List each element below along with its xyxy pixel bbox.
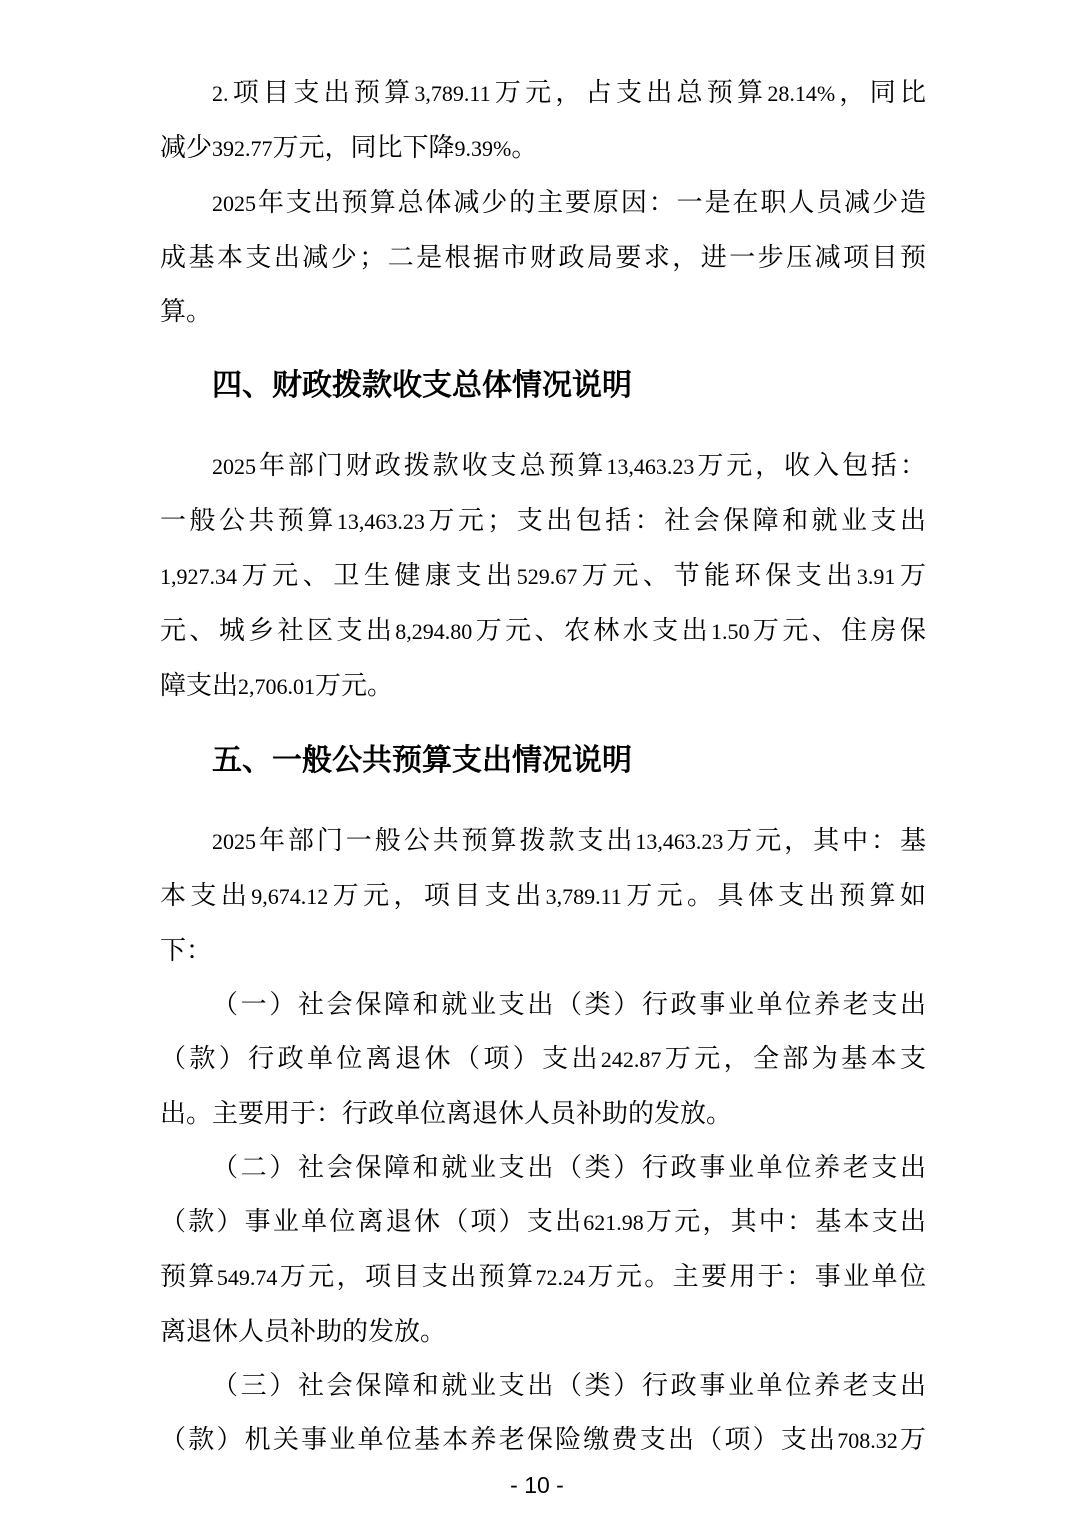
text-line: （款）行政单位离退休（项）支出242.87万元，全部为基本支 bbox=[160, 1032, 926, 1087]
text-line: （款）事业单位离退休（项）支出621.98万元，其中：基本支出 bbox=[160, 1195, 926, 1250]
text-line: （二）社会保障和就业支出（类）行政事业单位养老支出 bbox=[160, 1141, 926, 1195]
text-line: 1,927.34万元、卫生健康支出529.67万元、节能环保支出3.91万 bbox=[160, 549, 926, 604]
text-line: 出。主要用于：行政单位离退休人员补助的发放。 bbox=[160, 1087, 926, 1141]
page-content: 2.项目支出预算3,789.11万元，占支出总预算28.14%，同比 减少392… bbox=[160, 0, 926, 1468]
text-line: 2025年支出预算总体减少的主要原因：一是在职人员减少造 bbox=[160, 176, 926, 231]
text-line: 减少392.77万元，同比下降9.39%。 bbox=[160, 121, 926, 176]
text-line: 障支出2,706.01万元。 bbox=[160, 659, 926, 714]
text-line: （一）社会保障和就业支出（类）行政事业单位养老支出 bbox=[160, 978, 926, 1032]
paragraph-project-expenditure: 2.项目支出预算3,789.11万元，占支出总预算28.14%，同比 减少392… bbox=[160, 66, 926, 176]
paragraph-decrease-reasons: 2025年支出预算总体减少的主要原因：一是在职人员减少造 成基本支出减少；二是根… bbox=[160, 176, 926, 339]
section-heading-5: 五、一般公共预算支出情况说明 bbox=[160, 734, 926, 788]
page-number: - 10 - bbox=[510, 1472, 564, 1498]
page-footer: - 10 - bbox=[0, 1472, 1074, 1499]
text-line: 算。 bbox=[160, 285, 926, 339]
text-line: 成基本支出减少；二是根据市财政局要求，进一步压减项目预 bbox=[160, 231, 926, 285]
text-line: 下： bbox=[160, 924, 926, 978]
text-line: （款）机关事业单位基本养老保险缴费支出（项）支出708.32万 bbox=[160, 1413, 926, 1468]
text-line: 一般公共预算13,463.23万元；支出包括：社会保障和就业支出 bbox=[160, 494, 926, 549]
text-line: 元、城乡社区支出8,294.80万元、农林水支出1.50万元、住房保 bbox=[160, 604, 926, 659]
text-line: 2025年部门一般公共预算拨款支出13,463.23万元，其中：基 bbox=[160, 814, 926, 869]
paragraph-item-2: （二）社会保障和就业支出（类）行政事业单位养老支出 （款）事业单位离退休（项）支… bbox=[160, 1141, 926, 1359]
text-line: 2025年部门财政拨款收支总预算13,463.23万元，收入包括： bbox=[160, 439, 926, 494]
section-heading-4: 四、财政拨款收支总体情况说明 bbox=[160, 359, 926, 413]
document-page: 2.项目支出预算3,789.11万元，占支出总预算28.14%，同比 减少392… bbox=[0, 0, 1074, 1520]
paragraph-item-1: （一）社会保障和就业支出（类）行政事业单位养老支出 （款）行政单位离退休（项）支… bbox=[160, 978, 926, 1141]
paragraph-item-3: （三）社会保障和就业支出（类）行政事业单位养老支出 （款）机关事业单位基本养老保… bbox=[160, 1359, 926, 1468]
text-line: 预算549.74万元，项目支出预算72.24万元。主要用于：事业单位 bbox=[160, 1250, 926, 1305]
paragraph-public-budget-expenditure: 2025年部门一般公共预算拨款支出13,463.23万元，其中：基 本支出9,6… bbox=[160, 814, 926, 978]
text-line: 离退休人员补助的发放。 bbox=[160, 1305, 926, 1359]
text-line: 本支出9,674.12万元，项目支出3,789.11万元。具体支出预算如 bbox=[160, 869, 926, 924]
text-line: （三）社会保障和就业支出（类）行政事业单位养老支出 bbox=[160, 1359, 926, 1413]
text-line: 2.项目支出预算3,789.11万元，占支出总预算28.14%，同比 bbox=[160, 66, 926, 121]
paragraph-fiscal-appropriation-overview: 2025年部门财政拨款收支总预算13,463.23万元，收入包括： 一般公共预算… bbox=[160, 439, 926, 714]
